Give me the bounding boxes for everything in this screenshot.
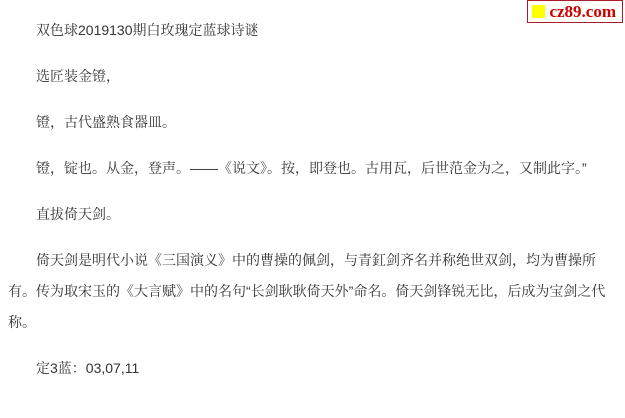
article-title: 双色球2019130期白玫瑰定蓝球诗谜 <box>8 15 615 46</box>
poem-line-2: 直拔倚天剑。 <box>8 199 615 230</box>
poem-line-1: 选匠装金镫， <box>8 61 615 92</box>
logo-text: cz89.com <box>549 3 616 20</box>
article-body: 双色球2019130期白玫瑰定蓝球诗谜 选匠装金镫， 镫，古代盛熟食器皿。 镫，… <box>8 15 615 384</box>
prediction-result: 定3蓝：03,07,11 <box>8 353 615 384</box>
logo-yellow-square-icon <box>532 5 545 18</box>
definition-line: 镫，古代盛熟食器皿。 <box>8 107 615 138</box>
explanation-paragraph: 倚天剑是明代小说《三国演义》中的曹操的佩剑，与青釭剑齐名并称绝世双剑，均为曹操所… <box>8 245 615 338</box>
citation-paragraph: 镫，锭也。从金，登声。——《说文》。按，即登也。古用瓦，后世范金为之，又制此字。… <box>8 153 615 184</box>
site-logo[interactable]: cz89.com <box>527 0 623 23</box>
